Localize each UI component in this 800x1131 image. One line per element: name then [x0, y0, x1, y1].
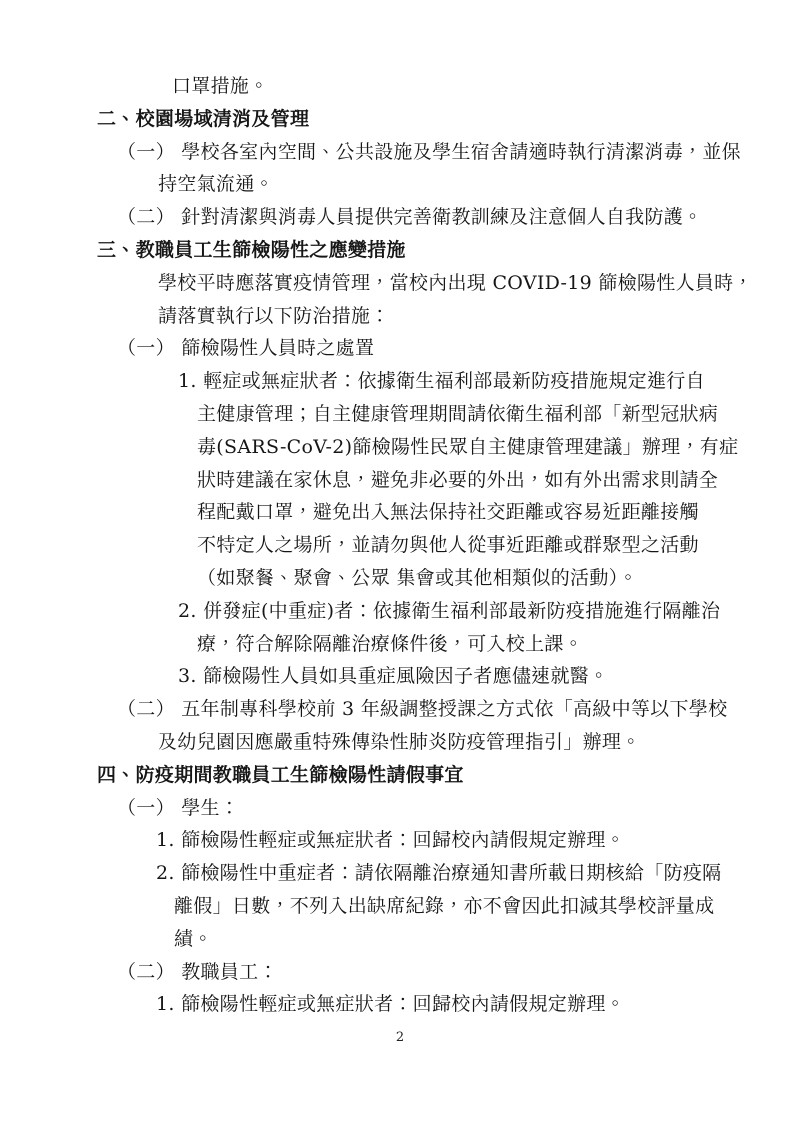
doc-line-continuation: 療，符合解除隔離治療條件後，可入校上課。	[0, 628, 800, 661]
doc-line-continuation: 程配戴口罩，避免出入無法保持社交距離或容易近距離接觸	[0, 496, 800, 529]
doc-line-continuation: 離假」日數，不列入出缺席紀錄，亦不會因此扣減其學校評量成	[0, 890, 800, 923]
doc-line-numbered: 2. 併發症(中重症)者：依據衛生福利部最新防疫措施進行隔離治	[0, 595, 800, 628]
doc-line-continuation: 狀時建議在家休息，避免非必要的外出，如有外出需求則請全	[0, 464, 800, 497]
document-body: 口罩措施。 二、校園場域清消及管理 （一） 學校各室內空間、公共設施及學生宿舍請…	[0, 70, 800, 1021]
doc-line-continuation: 主健康管理；自主健康管理期間請依衛生福利部「新型冠狀病	[0, 398, 800, 431]
doc-line-item: （一） 篩檢陽性人員時之處置	[0, 332, 800, 365]
doc-line-item: （一） 學校各室內空間、公共設施及學生宿舍請適時執行清潔消毒，並保	[0, 136, 800, 169]
doc-line-continuation: 毒(SARS-CoV-2)篩檢陽性民眾自主健康管理建議」辦理，有症	[0, 431, 800, 464]
section-heading-2: 二、校園場域清消及管理	[0, 103, 800, 136]
doc-line-numbered: 3. 篩檢陽性人員如具重症風險因子者應儘速就醫。	[0, 660, 800, 693]
doc-line-item: （二） 五年制專科學校前 3 年級調整授課之方式依「高級中等以下學校	[0, 693, 800, 726]
doc-line-numbered: 1. 輕症或無症狀者：依據衛生福利部最新防疫措施規定進行自	[0, 365, 800, 398]
doc-line-item: （二） 教職員工：	[0, 956, 800, 989]
doc-line-paragraph: 學校平時應落實疫情管理，當校內出現 COVID-19 篩檢陽性人員時，	[0, 267, 800, 300]
section-heading-4: 四、防疫期間教職員工生篩檢陽性請假事宜	[0, 759, 800, 792]
doc-line-continuation: 持空氣流通。	[0, 168, 800, 201]
doc-line-item: （一） 學生：	[0, 792, 800, 825]
section-heading-3: 三、教職員工生篩檢陽性之應變措施	[0, 234, 800, 267]
doc-line-continuation: 績。	[0, 923, 800, 956]
page-number: 2	[0, 1028, 800, 1048]
doc-line-numbered: 2. 篩檢陽性中重症者：請依隔離治療通知書所載日期核給「防疫隔	[0, 857, 800, 890]
document-page: 口罩措施。 二、校園場域清消及管理 （一） 學校各室內空間、公共設施及學生宿舍請…	[0, 0, 800, 1131]
doc-line-continuation: 口罩措施。	[0, 70, 800, 103]
doc-line-item: （二） 針對清潔與消毒人員提供完善衛教訓練及注意個人自我防護。	[0, 201, 800, 234]
doc-line-continuation: （如聚餐、聚會、公眾 集會或其他相類似的活動）。	[0, 562, 800, 595]
doc-line-continuation: 不特定人之場所，並請勿與他人從事近距離或群聚型之活動	[0, 529, 800, 562]
doc-line-paragraph: 請落實執行以下防治措施：	[0, 300, 800, 333]
doc-line-numbered: 1. 篩檢陽性輕症或無症狀者：回歸校內請假規定辦理。	[0, 988, 800, 1021]
doc-line-numbered: 1. 篩檢陽性輕症或無症狀者：回歸校內請假規定辦理。	[0, 824, 800, 857]
doc-line-continuation: 及幼兒園因應嚴重特殊傳染性肺炎防疫管理指引」辦理。	[0, 726, 800, 759]
